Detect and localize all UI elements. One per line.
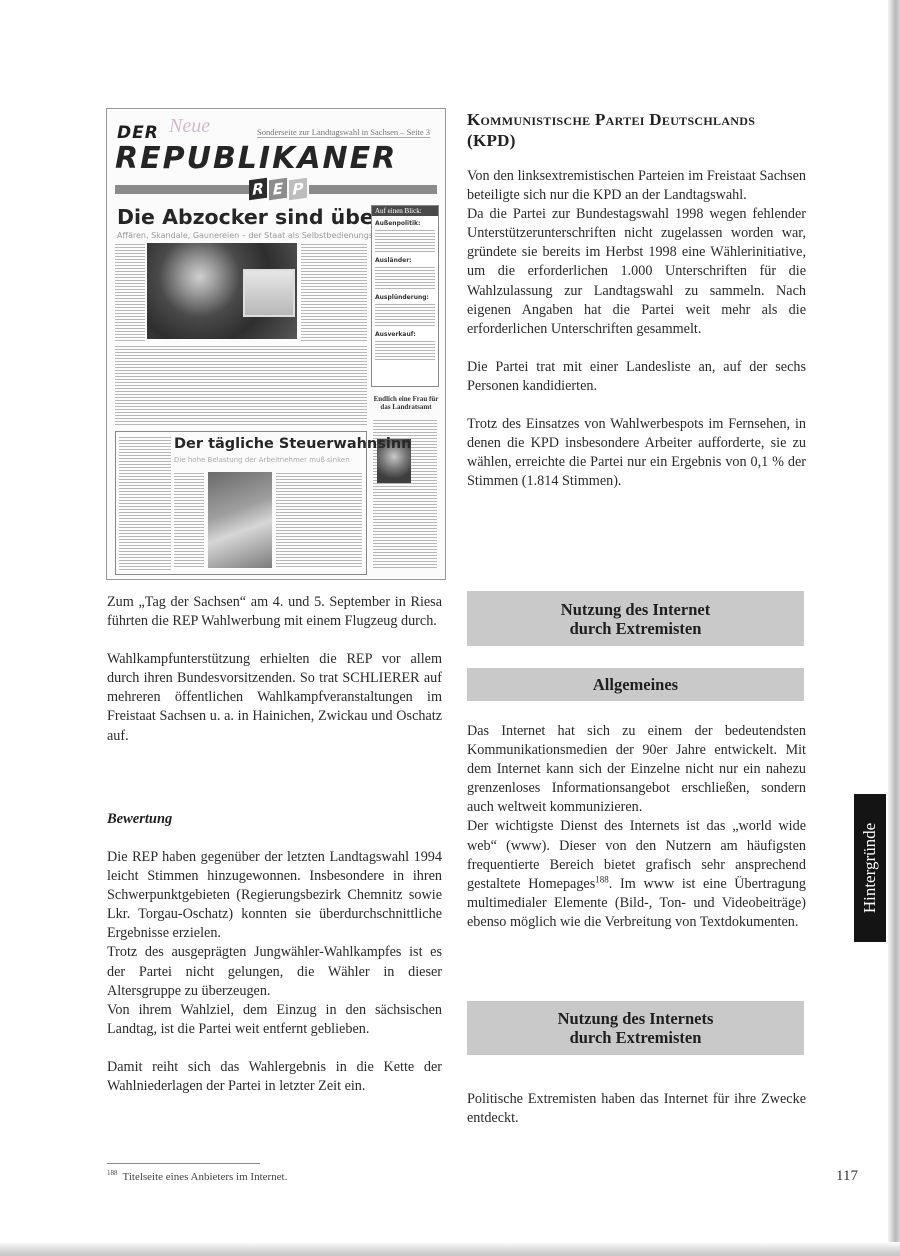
paragraph: Die Partei trat mit einer Landesliste an… [467,358,806,396]
footnote-number: 188 [107,1169,118,1177]
page-edge [888,0,900,1256]
paragraph: Trotz des ausgeprägten Jungwähler-Wahlka… [107,943,442,1000]
rep-logo: R E P [249,179,307,199]
footnote-divider [107,1163,260,1164]
clipping-text-column [119,436,171,570]
footnote: 188Titelseite eines Anbieters im Interne… [107,1171,287,1183]
bewertung-section: Die REP haben gegenüber der letzten Land… [107,848,442,1115]
clipping-text-column [276,472,362,568]
newspaper-clipping: DER Neue Sonderseite zur Landtagswahl in… [106,108,446,580]
masthead-bar-left [115,185,249,194]
sidebox-text [375,303,435,327]
paragraph: Von den linksextremistischen Parteien im… [467,167,806,205]
paragraph: Damit reiht sich das Wahlergebnis in die… [107,1058,442,1096]
extremisten-section: Politische Extremisten haben das Interne… [467,1090,806,1147]
section-heading-internet: Nutzung des Internet durch Extremisten [467,591,804,646]
clipping-sidebox: Auf einen Blick: Außenpolitik: Ausländer… [371,205,439,387]
rep-campaign-section: Zum „Tag der Sachsen“ am 4. und 5. Septe… [107,593,442,765]
clipping-masthead: REPUBLIKANER [115,141,397,176]
section-heading-allgemeines: Allgemeines [467,668,804,701]
heading-line: durch Extremisten [570,619,702,638]
heading-line: Nutzung des Internets [558,1009,714,1028]
section-heading-internet-extremisten: Nutzung des Internets durch Extremisten [467,1001,804,1055]
paragraph: Die REP haben gegenüber der letzten Land… [107,848,442,943]
kpd-heading: Kommunistische Partei Deutschlands (KPD) [467,109,827,151]
section-tab-label: Hintergründe [860,823,880,913]
sidebox-title: Auf einen Blick: [372,206,438,216]
paragraph: Politische Extremisten haben das Interne… [467,1090,806,1128]
sidebox-item: Ausplünderung: [375,294,435,301]
page-number: 117 [836,1168,858,1185]
paragraph: Der wichtigste Dienst des Internets ist … [467,817,806,932]
rep-logo-r: R [249,178,267,201]
kpd-section: Von den linksextremistischen Parteien im… [467,167,806,510]
kpd-heading-line2: (KPD) [467,130,827,151]
footnote-ref[interactable]: 188 [595,874,609,884]
heading-line: durch Extremisten [570,1028,702,1047]
sidebox-text [375,266,435,290]
allgemeines-section: Das Internet hat sich zu einem der bedeu… [467,722,806,951]
clipping-text-body [115,345,367,425]
clipping-second-headline: Der tägliche Steuerwahnsinn [174,436,412,452]
masthead-bar-right [309,185,437,194]
section-tab-hintergruende: Hintergründe [854,794,886,942]
paragraph: Von ihrem Wahlziel, dem Einzug in den sä… [107,1001,442,1039]
clipping-second-article: Der tägliche Steuerwahnsinn Die hohe Bel… [115,431,367,575]
sidebox-text [375,340,435,360]
heading-line: Nutzung des Internet [561,600,710,619]
kpd-heading-line1: Kommunistische Partei Deutschlands [467,109,827,130]
paragraph: Zum „Tag der Sachsen“ am 4. und 5. Septe… [107,593,442,631]
clipping-neue: Neue [169,115,210,138]
paragraph: Das Internet hat sich zu einem der bedeu… [467,722,806,817]
paragraph: Da die Partei zur Bundestagswahl 1998 we… [467,205,806,339]
sidebox-item: Ausverkauf: [375,331,435,338]
clipping-subheadline: Affären, Skandale, Gaunereien – der Staa… [117,231,395,240]
clipping-photo-machine [208,472,272,568]
clipping-second-subheadline: Die hohe Belastung der Arbeitnehmer muß … [174,456,350,464]
clipping-text-column [174,472,204,568]
paragraph: Trotz des Einsatzes von Wahlwerbespots i… [467,415,806,491]
clipping-text-column [301,243,367,341]
clipping-text-column [115,243,145,341]
sidebox-item: Außenpolitik: [375,220,435,227]
clipping-photo-monitor [243,269,295,317]
clipping-sonderseite: Sonderseite zur Landtagswahl in Sachsen … [257,127,430,138]
paragraph: Wahlkampfunterstützung erhielten die REP… [107,650,442,745]
bewertung-heading: Bewertung [107,811,172,828]
sidebox-item: Ausländer: [375,257,435,264]
heading-line: Allgemeines [593,675,678,694]
footnote-text: Titelseite eines Anbieters im Internet. [123,1171,288,1183]
clipping-headline: Die Abzocker sind überall [117,205,412,229]
page-bottom-edge [0,1242,900,1256]
sidebox-text [375,229,435,253]
clipping-side-headline: Endlich eine Frau für das Landratsamt [373,395,439,411]
rep-logo-e: E [269,178,287,201]
clipping-der: DER [117,123,159,143]
rep-logo-p: P [289,178,307,201]
